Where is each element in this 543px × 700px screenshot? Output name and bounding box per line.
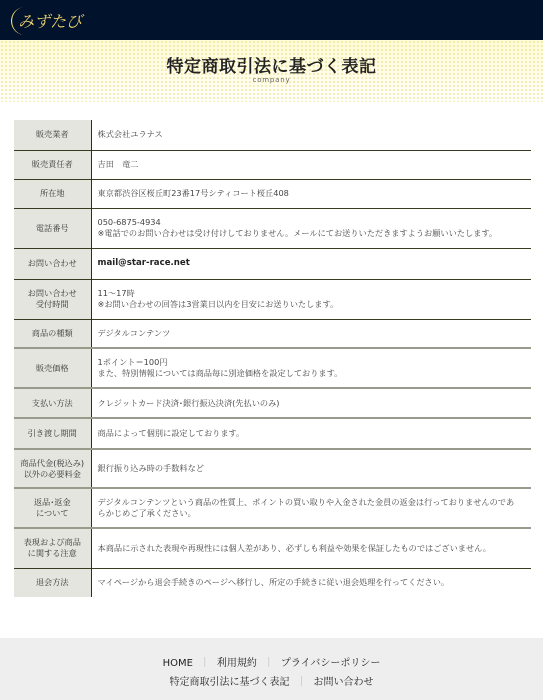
row-value: 本商品に示された表現や再現性には個人差があり、必ずしも利益や効果を保証したもので…: [91, 528, 531, 568]
separator: ｜: [264, 658, 274, 669]
row-value: マイページから退会手続きのページへ移行し、所定の手続きに従い退会処理を行ってくだ…: [91, 568, 531, 597]
value-line: 1ポイント＝100円: [98, 357, 532, 368]
row-value: 株式会社ユラナス: [91, 120, 531, 150]
page-subtitle: company: [0, 76, 543, 84]
row-value: 商品によって個別に設定しております。: [91, 418, 531, 449]
table-row: 電話番号 050-6875-4934 ※電話でのお問い合わせは受け付けしておりま…: [14, 208, 531, 248]
row-value: 吉田 竜二: [91, 150, 531, 179]
value-line: また、特別情報については商品毎に別途価格を設定しております。: [98, 368, 532, 379]
row-label: 退会方法: [14, 568, 91, 597]
row-value: 11～17時 ※お問い合わせの回答は3営業日以内を目安にお送りいたします。: [91, 279, 531, 319]
label-line: 商品代金(税込み): [14, 458, 91, 469]
table-row: 商品代金(税込み) 以外の必要料金 銀行振り込み時の手数料など: [14, 449, 531, 488]
table-row: 退会方法 マイページから退会手続きのページへ移行し、所定の手続きに従い退会処理を…: [14, 568, 531, 597]
value-line: デジタルコンテンツという商品の性質上、ポイントの買い取りや入金された金員の返金は…: [98, 497, 532, 508]
site-header: みずたび: [0, 0, 543, 40]
table-row: 販売業者 株式会社ユラナス: [14, 120, 531, 150]
row-label: 返品･返金 について: [14, 488, 91, 528]
row-value: デジタルコンテンツという商品の性質上、ポイントの買い取りや入金された金員の返金は…: [91, 488, 531, 528]
table-row: 所在地 東京都渋谷区桜丘町23番17号シティコート桜丘408: [14, 179, 531, 208]
table-row: 販売価格 1ポイント＝100円 また、特別情報については商品毎に別途価格を設定し…: [14, 348, 531, 388]
page-hero: 特定商取引法に基づく表記 company: [0, 40, 543, 102]
footer-link-commerce-law[interactable]: 特定商取引法に基づく表記: [170, 677, 290, 688]
phone-note: ※電話でのお問い合わせは受け付けしておりません。メールにてお送りいただきますよう…: [98, 228, 532, 239]
row-label: 所在地: [14, 179, 91, 208]
footer-link-home[interactable]: HOME: [163, 658, 193, 669]
row-value: 東京都渋谷区桜丘町23番17号シティコート桜丘408: [91, 179, 531, 208]
logo-text: みずたび: [18, 9, 82, 32]
commerce-law-table: 販売業者 株式会社ユラナス 販売責任者 吉田 竜二 所在地 東京都渋谷区桜丘町2…: [14, 120, 531, 597]
label-line: に関する注意: [14, 548, 91, 559]
value-line: ※お問い合わせの回答は3営業日以内を目安にお送りいたします。: [98, 299, 532, 310]
row-label: 引き渡し期間: [14, 418, 91, 449]
label-line: お問い合わせ: [14, 288, 91, 299]
site-footer: HOME｜利用規約｜プライバシーポリシー 特定商取引法に基づく表記｜お問い合わせ: [0, 638, 543, 700]
row-label: 表現および商品 に関する注意: [14, 528, 91, 568]
label-line: 受付時間: [14, 299, 91, 310]
page-title: 特定商取引法に基づく表記: [0, 52, 543, 77]
row-value: デジタルコンテンツ: [91, 319, 531, 348]
row-label: お問い合わせ 受付時間: [14, 279, 91, 319]
row-value: 銀行振り込み時の手数料など: [91, 449, 531, 488]
footer-link-terms[interactable]: 利用規約: [217, 658, 257, 669]
site-logo[interactable]: みずたび: [4, 4, 94, 36]
label-line: 以外の必要料金: [14, 469, 91, 480]
footer-nav-row-2: 特定商取引法に基づく表記｜お問い合わせ: [0, 673, 543, 688]
separator: ｜: [200, 658, 210, 669]
row-label: 販売業者: [14, 120, 91, 150]
row-label: 支払い方法: [14, 388, 91, 418]
footer-nav-row-1: HOME｜利用規約｜プライバシーポリシー: [0, 654, 543, 669]
value-line: 11～17時: [98, 288, 532, 299]
row-value: クレジットカード決済･銀行振込決済(先払いのみ): [91, 388, 531, 418]
row-label: 販売価格: [14, 348, 91, 388]
table-row: お問い合わせ 受付時間 11～17時 ※お問い合わせの回答は3営業日以内を目安に…: [14, 279, 531, 319]
table-row: 支払い方法 クレジットカード決済･銀行振込決済(先払いのみ): [14, 388, 531, 418]
row-value: 050-6875-4934 ※電話でのお問い合わせは受け付けしておりません。メー…: [91, 208, 531, 248]
table-row: 表現および商品 に関する注意 本商品に示された表現や再現性には個人差があり、必ず…: [14, 528, 531, 568]
footer-link-contact[interactable]: お問い合わせ: [314, 677, 374, 688]
row-label: 電話番号: [14, 208, 91, 248]
row-label: お問い合わせ: [14, 248, 91, 279]
table-row: 販売責任者 吉田 竜二: [14, 150, 531, 179]
phone-number: 050-6875-4934: [98, 217, 532, 228]
value-line: らかじめご了承ください。: [98, 508, 532, 519]
table-row: お問い合わせ mail@star-race.net: [14, 248, 531, 279]
table-row: 商品の種類 デジタルコンテンツ: [14, 319, 531, 348]
label-line: 返品･返金: [14, 497, 91, 508]
row-label: 販売責任者: [14, 150, 91, 179]
separator: ｜: [297, 677, 307, 688]
label-line: 表現および商品: [14, 537, 91, 548]
contact-email-link[interactable]: mail@star-race.net: [91, 248, 531, 279]
row-label: 商品代金(税込み) 以外の必要料金: [14, 449, 91, 488]
label-line: について: [14, 508, 91, 519]
footer-link-privacy[interactable]: プライバシーポリシー: [281, 658, 381, 669]
table-row: 引き渡し期間 商品によって個別に設定しております。: [14, 418, 531, 449]
table-row: 返品･返金 について デジタルコンテンツという商品の性質上、ポイントの買い取りや…: [14, 488, 531, 528]
row-value: 1ポイント＝100円 また、特別情報については商品毎に別途価格を設定しております…: [91, 348, 531, 388]
row-label: 商品の種類: [14, 319, 91, 348]
